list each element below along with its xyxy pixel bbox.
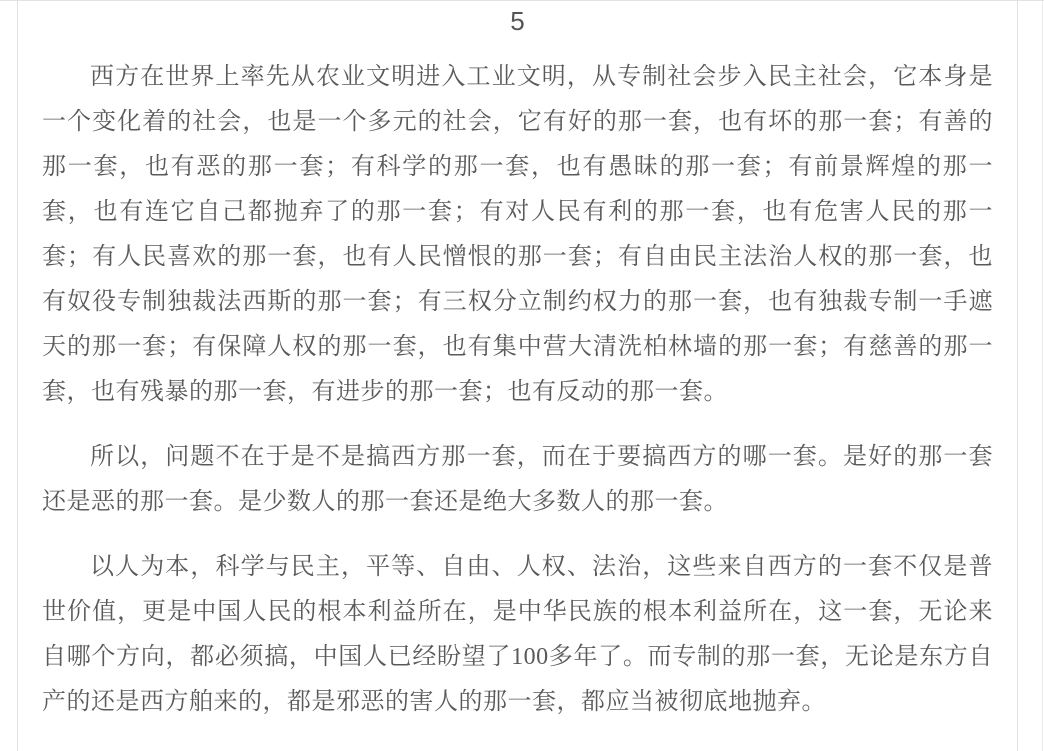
viewport-right-edge-line [1042, 1, 1043, 751]
document-viewer: 5 西方在世界上率先从农业文明进入工业文明，从专制社会步入民主社会，它本身是一个… [0, 0, 1044, 751]
page-content: 西方在世界上率先从农业文明进入工业文明，从专制社会步入民主社会，它本身是一个变化… [18, 55, 1017, 725]
paragraph: 所以，问题不在于是不是搞西方那一套，而在于要搞西方的哪一套。是好的那一套还是恶的… [42, 435, 993, 525]
paragraph: 西方在世界上率先从农业文明进入工业文明，从专制社会步入民主社会，它本身是一个变化… [42, 55, 993, 415]
paragraph: 以人为本，科学与民主，平等、自由、人权、法治，这些来自西方的一套不仅是普世价值，… [42, 545, 993, 725]
page-number: 5 [18, 7, 1017, 35]
document-page: 5 西方在世界上率先从农业文明进入工业文明，从专制社会步入民主社会，它本身是一个… [17, 1, 1018, 751]
